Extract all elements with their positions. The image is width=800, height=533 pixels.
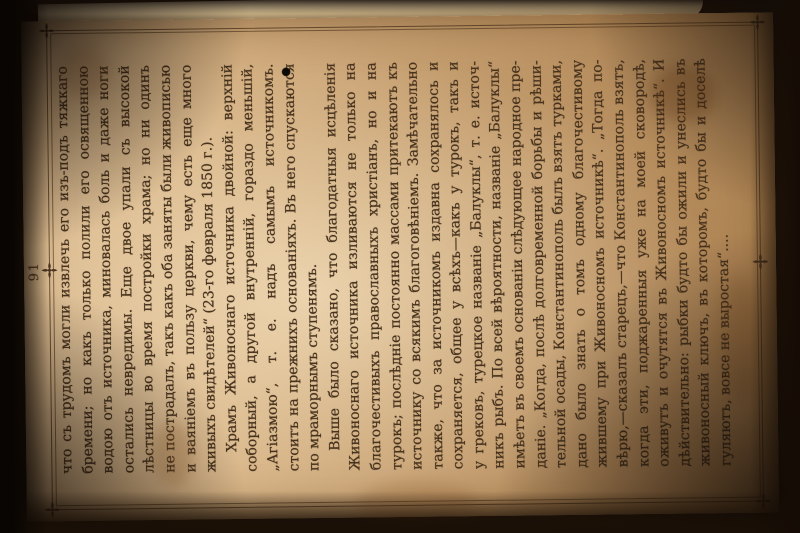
corner-ornament-icon (44, 501, 61, 518)
photo-of-book-page: 91 что съ трудомъ могли извлечь его изъ-… (0, 0, 800, 533)
ink-blot-artifact (282, 67, 291, 76)
bottom-center-ornament-icon (752, 252, 769, 269)
corner-ornament-icon (749, 13, 766, 30)
corner-ornament-icon (755, 492, 772, 509)
book-page: 91 что съ трудомъ могли извлечь его изъ-… (21, 12, 779, 521)
corner-ornament-icon (38, 22, 55, 39)
text-block: что съ трудомъ могли извлечь его изъ-под… (53, 57, 738, 473)
